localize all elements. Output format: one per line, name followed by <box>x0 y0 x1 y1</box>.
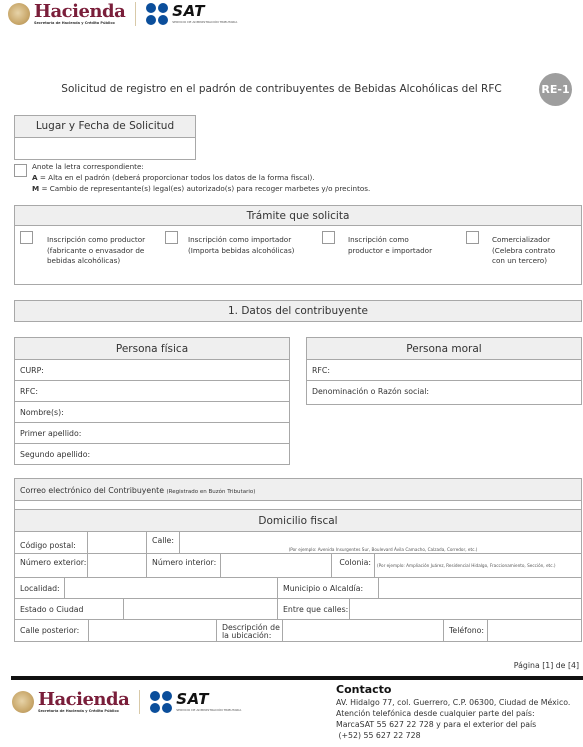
sat-logo-icon <box>146 3 168 25</box>
label-estado: Estado o Ciudad <box>15 599 124 620</box>
input-calle-posterior[interactable] <box>89 620 217 641</box>
checkbox[interactable] <box>322 231 335 244</box>
input-numero-interior[interactable] <box>221 554 332 578</box>
input-municipio[interactable] <box>379 578 581 599</box>
option-label: Inscripción comoproductor e importador <box>348 231 432 256</box>
correo-label: Correo electrónico del Contribuyente (Re… <box>15 479 581 501</box>
label-descripcion-ubicacion: Descripción de la ubicación: <box>217 620 283 641</box>
mexico-seal-icon <box>12 691 34 713</box>
lugar-fecha-box: Lugar y Fecha de Solicitud <box>14 115 196 160</box>
persona-fisica-title: Persona física <box>15 338 289 360</box>
footer-rule <box>11 676 583 680</box>
letra-option-m: M = Cambio de representante(s) legal(es)… <box>32 183 370 194</box>
label-municipio: Municipio o Alcaldía: <box>278 578 379 599</box>
letra-option-a: A = Alta en el padrón (deberá proporcion… <box>32 172 370 183</box>
section-datos-contribuyente: 1. Datos del contribuyente <box>14 300 582 322</box>
input-colonia[interactable]: (Por ejemplo: Ampliación Juárez, Residen… <box>375 554 581 578</box>
tramite-title: Trámite que solicita <box>15 206 581 226</box>
contact-title: Contacto <box>336 683 583 697</box>
label-telefono: Teléfono: <box>444 620 488 641</box>
field-rfc-moral[interactable]: RFC: <box>307 360 581 381</box>
header-logos: Hacienda Secretaría de Hacienda y Crédit… <box>8 2 237 26</box>
checkbox[interactable] <box>165 231 178 244</box>
label-codigo-postal: Código postal: <box>15 532 88 554</box>
sat-subtitle: SERVICIO DE ADMINISTRACIÓN TRIBUTARIA <box>176 709 241 712</box>
footer-logos: Hacienda Secretaría de Hacienda y Crédit… <box>12 690 241 714</box>
label-localidad: Localidad: <box>15 578 65 599</box>
domicilio-title: Domicilio fiscal <box>15 510 581 532</box>
contact-address: AV. Hidalgo 77, col. Guerrero, C.P. 0630… <box>336 697 583 708</box>
label-numero-interior: Número interior: <box>147 554 221 578</box>
tramite-option-productor-importador[interactable]: Inscripción comoproductor e importador <box>322 231 432 256</box>
field-rfc-fisica[interactable]: RFC: <box>15 381 289 402</box>
tramite-box: Trámite que solicita Inscripción como pr… <box>14 205 582 285</box>
contact-block: Contacto AV. Hidalgo 77, col. Guerrero, … <box>336 683 583 741</box>
field-curp[interactable]: CURP: <box>15 360 289 381</box>
input-codigo-postal[interactable] <box>88 532 147 554</box>
option-label: Comercializador(Celebra contratocon un t… <box>492 231 555 267</box>
tramite-option-productor[interactable]: Inscripción como productor(fabricante o … <box>20 231 145 267</box>
input-calle[interactable]: (Por ejemplo: Avenida Insurgentes Sur, B… <box>180 532 581 554</box>
checkbox[interactable] <box>20 231 33 244</box>
mexico-seal-icon <box>8 3 30 25</box>
persona-moral-title: Persona moral <box>307 338 581 360</box>
label-calle: Calle: <box>147 532 180 554</box>
input-estado[interactable] <box>124 599 278 620</box>
option-label: Inscripción como importador(Importa bebi… <box>188 231 295 256</box>
label-entre-calles: Entre que calles: <box>278 599 350 620</box>
form-code-badge: RE-1 <box>539 73 572 106</box>
sat-logo-text: SAT <box>176 692 241 707</box>
logo-divider <box>139 690 140 714</box>
contact-international: (+52) 55 627 22 728 <box>336 730 583 741</box>
hacienda-logo-text: Hacienda <box>38 691 129 709</box>
input-entre-calles[interactable] <box>350 599 581 620</box>
field-razon-social[interactable]: Denominación o Razón social: <box>307 381 581 402</box>
letra-instructions: Anote la letra correspondiente: A = Alta… <box>32 161 370 194</box>
field-nombres[interactable]: Nombre(s): <box>15 402 289 423</box>
label-numero-exterior: Número exterior: <box>15 554 88 578</box>
persona-fisica-box: Persona física CURP: RFC: Nombre(s): Pri… <box>14 337 290 465</box>
hacienda-logo-text: Hacienda <box>34 3 125 21</box>
sat-subtitle: SERVICIO DE ADMINISTRACIÓN TRIBUTARIA <box>172 21 237 24</box>
input-telefono[interactable] <box>488 620 581 641</box>
lugar-fecha-input[interactable] <box>15 138 195 160</box>
input-localidad[interactable] <box>65 578 278 599</box>
checkbox[interactable] <box>466 231 479 244</box>
correo-input[interactable] <box>15 501 581 510</box>
letra-instruction-text: Anote la letra correspondiente: <box>32 161 370 172</box>
field-segundo-apellido[interactable]: Segundo apellido: <box>15 444 289 465</box>
label-colonia: Colonia: <box>332 554 375 578</box>
input-descripcion-ubicacion[interactable] <box>283 620 444 641</box>
hacienda-subtitle: Secretaría de Hacienda y Crédito Público <box>34 22 125 26</box>
tramite-option-importador[interactable]: Inscripción como importador(Importa bebi… <box>165 231 295 256</box>
contact-marcasat: MarcaSAT 55 627 22 728 y para el exterio… <box>336 719 583 730</box>
contact-phone-note: Atención telefónica desde cualquier part… <box>336 708 583 719</box>
label-calle-posterior: Calle posterior: <box>15 620 89 641</box>
calle-hint: (Por ejemplo: Avenida Insurgentes Sur, B… <box>289 547 478 552</box>
sat-logo-text: SAT <box>172 4 237 19</box>
logo-divider <box>135 2 136 26</box>
persona-moral-box: Persona moral RFC: Denominación o Razón … <box>306 337 582 405</box>
colonia-hint: (Por ejemplo: Ampliación Juárez, Residen… <box>377 563 555 569</box>
sat-logo-icon <box>150 691 172 713</box>
hacienda-subtitle: Secretaría de Hacienda y Crédito Público <box>38 710 129 714</box>
letra-checkbox[interactable] <box>14 164 27 177</box>
domicilio-grid: Código postal: Calle: (Por ejemplo: Aven… <box>15 532 581 642</box>
field-primer-apellido[interactable]: Primer apellido: <box>15 423 289 444</box>
tramite-option-comercializador[interactable]: Comercializador(Celebra contratocon un t… <box>466 231 555 267</box>
lugar-fecha-label: Lugar y Fecha de Solicitud <box>15 116 195 138</box>
page-number: Página [1] de [4] <box>514 661 579 670</box>
input-numero-exterior[interactable] <box>88 554 147 578</box>
option-label: Inscripción como productor(fabricante o … <box>47 231 145 267</box>
form-title: Solicitud de registro en el padrón de co… <box>0 83 583 95</box>
correo-domicilio-box: Correo electrónico del Contribuyente (Re… <box>14 478 582 642</box>
